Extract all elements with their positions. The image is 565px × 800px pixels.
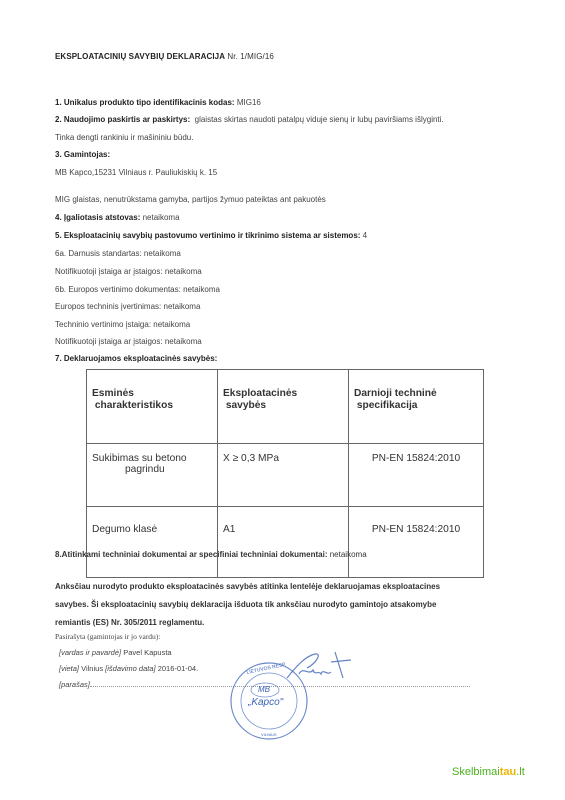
item-tab: Techninio vertinimo įstaiga: netaikoma: [55, 320, 190, 329]
svg-text:MB: MB: [258, 685, 271, 694]
document-title: EKSPLOATACINIŲ SAVYBIŲ DEKLARACIJA Nr. 1…: [55, 52, 274, 61]
header-performance: Eksploatacinės savybės: [218, 370, 349, 444]
item-7: 7. Deklaruojamos eksploatacinės savybės:: [55, 354, 217, 363]
header-essential-characteristics: Esminės charakteristikos: [87, 370, 218, 444]
item-2-cont: Tinka dengti rankiniu ir mašininiu būdu.: [55, 133, 193, 142]
item-2: 2. Naudojimo paskirtis ar paskirtys: gla…: [55, 115, 444, 124]
svg-text:„Kapco": „Kapco": [247, 697, 284, 708]
item-6b: 6b. Europos vertinimo dokumentas: netaik…: [55, 285, 220, 294]
item-1: 1. Unikalus produkto tipo identifikacini…: [55, 98, 261, 107]
cell-characteristic: Degumo klasė: [87, 507, 218, 578]
item-4: 4. Įgaliotasis atstovas: netaikoma: [55, 213, 180, 222]
item-5: 5. Eksploatacinių savybių pastovumo vert…: [55, 231, 367, 240]
performance-table: Esminės charakteristikos Eksploatacinės …: [86, 369, 484, 578]
svg-text:VILNIUS: VILNIUS: [261, 732, 277, 737]
signature-heading: Pasirašyta (gamintojas ir jo vardu):: [55, 632, 160, 641]
signature-scribble-icon: [285, 648, 355, 688]
manufacturer-address: MB Kapco,15231 Vilniaus r. Pauliukiskių …: [55, 168, 217, 177]
signatory-name: [vardas ir pavardė] Pavel Kapusta: [59, 648, 172, 657]
svg-text:LIETUVOS RESP.: LIETUVOS RESP.: [246, 662, 287, 676]
place-and-date: [vieta] Vilnius [išdavimo data] 2016-01-…: [59, 664, 198, 673]
item-3: 3. Gamintojas:: [55, 150, 110, 159]
cell-specification: PN-EN 15824:2010: [349, 507, 484, 578]
table-header-row: Esminės charakteristikos Eksploatacinės …: [87, 370, 484, 444]
table-row: Sukibimas su betonopagrindu X ≥ 0,3 MPa …: [87, 444, 484, 507]
watermark: Skelbimaitau.lt: [452, 766, 525, 778]
cell-performance: X ≥ 0,3 MPa: [218, 444, 349, 507]
statement-line-2: savybes. Ši eksploatacinių savybių dekla…: [55, 600, 436, 609]
cell-performance: A1: [218, 507, 349, 578]
header-specification: Darnioji techninė specifikacija: [349, 370, 484, 444]
product-note: MIG glaistas, nenutrūkstama gamyba, part…: [55, 195, 326, 204]
item-8: 8.Atitinkami techniniai dokumentai ar sp…: [55, 550, 367, 559]
item-6b-body: Notifikuotoji įstaiga ar įstaigos: netai…: [55, 337, 202, 346]
item-eta: Europos techninis įvertinimas: netaikoma: [55, 302, 200, 311]
item-6a-body: Notifikuotoji įstaiga ar įstaigos: netai…: [55, 267, 202, 276]
item-6a: 6a. Darnusis standartas: netaikoma: [55, 249, 181, 258]
cell-characteristic: Sukibimas su betonopagrindu: [87, 444, 218, 507]
table-row: Degumo klasė A1 PN-EN 15824:2010: [87, 507, 484, 578]
cell-specification: PN-EN 15824:2010: [349, 444, 484, 507]
statement-line-1: Anksčiau nurodyto produkto eksploatacinė…: [55, 582, 440, 591]
statement-line-3: remiantis (ES) Nr. 305/2011 reglamentu.: [55, 618, 204, 627]
